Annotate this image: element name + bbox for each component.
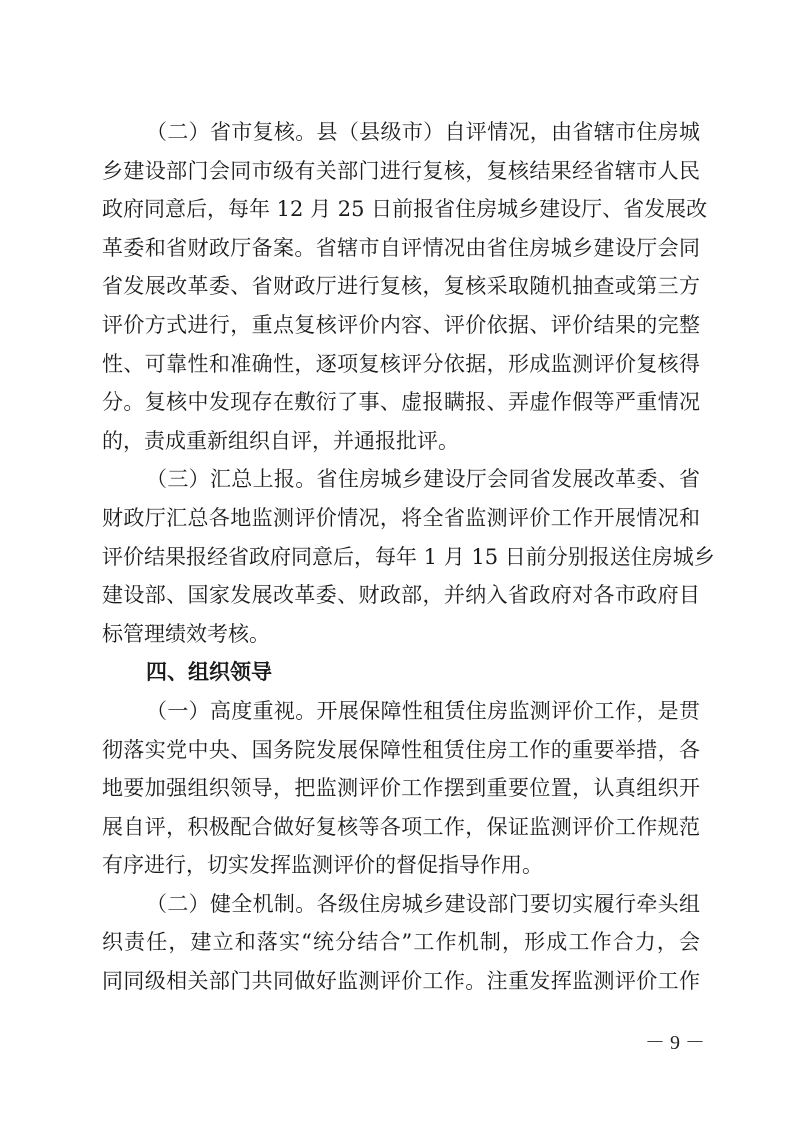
text-line: 建设部、国家发展改革委、财政部，并纳入省政府对各市政府目 bbox=[102, 576, 700, 615]
text-line: 乡建设部门会同市级有关部门进行复核，复核结果经省辖市人民 bbox=[102, 152, 700, 191]
text-line: 织责任，建立和落实“统分结合”工作机制，形成工作合力，会 bbox=[102, 923, 700, 962]
text-line: 省发展改革委、省财政厅进行复核，复核采取随机抽查或第三方 bbox=[102, 267, 700, 306]
text-line: 彻落实党中央、国务院发展保障性租赁住房工作的重要举措，各 bbox=[102, 731, 700, 770]
text-line: （三）汇总上报。省住房城乡建设厅会同省发展改革委、省 bbox=[102, 460, 700, 499]
text-line: 有序进行，切实发挥监测评价的督促指导作用。 bbox=[102, 846, 700, 885]
text-line: 性、可靠性和准确性，逐项复核评分依据，形成监测评价复核得 bbox=[102, 345, 700, 384]
text-line: 分。复核中发现存在敷衍了事、虚报瞒报、弄虚作假等严重情况 bbox=[102, 383, 700, 422]
text-line: 评价结果报经省政府同意后，每年 1 月 15 日前分别报送住房城乡 bbox=[102, 538, 700, 577]
text-line: 标管理绩效考核。 bbox=[102, 615, 700, 654]
text-line: 评价方式进行，重点复核评价内容、评价依据、评价结果的完整 bbox=[102, 306, 700, 345]
text-line: （二）省市复核。县（县级市）自评情况，由省辖市住房城 bbox=[102, 113, 700, 152]
text-line: （二）健全机制。各级住房城乡建设部门要切实履行牵头组 bbox=[102, 885, 700, 924]
text-line: 地要加强组织领导，把监测评价工作摆到重要位置，认真组织开 bbox=[102, 769, 700, 808]
paragraph-provincial-review: （二）省市复核。县（县级市）自评情况，由省辖市住房城 乡建设部门会同市级有关部门… bbox=[102, 113, 700, 460]
page-number: － 9 － bbox=[640, 1026, 710, 1055]
text-line: 财政厅汇总各地监测评价情况，将全省监测评价工作开展情况和 bbox=[102, 499, 700, 538]
paragraph-high-attention: （一）高度重视。开展保障性租赁住房监测评价工作，是贯 彻落实党中央、国务院发展保… bbox=[102, 692, 700, 885]
text-line: 政府同意后，每年 12 月 25 日前报省住房城乡建设厅、省发展改 bbox=[102, 190, 700, 229]
section-heading: 四、组织领导 bbox=[102, 653, 700, 692]
paragraph-improve-mechanism: （二）健全机制。各级住房城乡建设部门要切实履行牵头组 织责任，建立和落实“统分结… bbox=[102, 885, 700, 1001]
text-line: 的，责成重新组织自评，并通报批评。 bbox=[102, 422, 700, 461]
text-line: 同同级相关部门共同做好监测评价工作。注重发挥监测评价工作 bbox=[102, 962, 700, 1001]
text-line: 革委和省财政厅备案。省辖市自评情况由省住房城乡建设厅会同 bbox=[102, 229, 700, 268]
document-page: （二）省市复核。县（县级市）自评情况，由省辖市住房城 乡建设部门会同市级有关部门… bbox=[102, 113, 700, 1001]
text-line: （一）高度重视。开展保障性租赁住房监测评价工作，是贯 bbox=[102, 692, 700, 731]
paragraph-summary-report: （三）汇总上报。省住房城乡建设厅会同省发展改革委、省 财政厅汇总各地监测评价情况… bbox=[102, 460, 700, 653]
text-line: 展自评，积极配合做好复核等各项工作，保证监测评价工作规范 bbox=[102, 808, 700, 847]
